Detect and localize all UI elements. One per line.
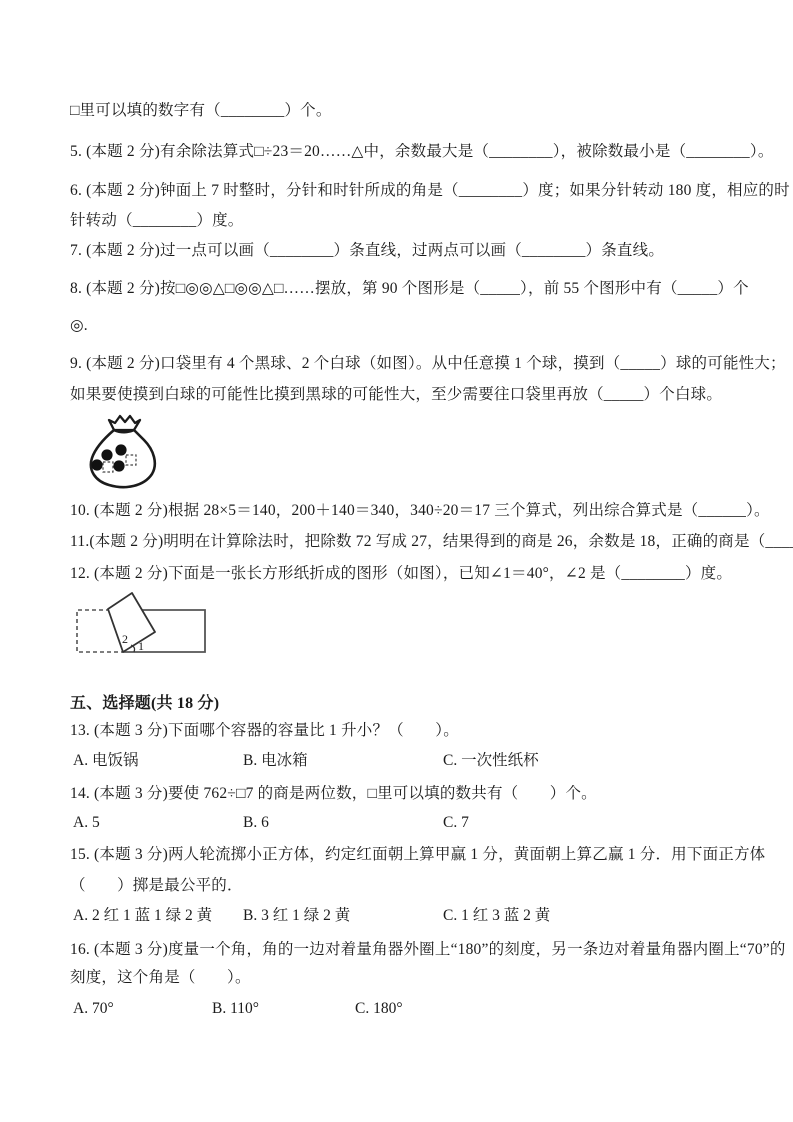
q16-option-b: B. 110° xyxy=(212,999,259,1019)
question-14: 14. (本题 3 分)要使 762÷□7 的商是两位数，□里可以填的数共有（ … xyxy=(70,784,597,804)
question-6-line-2: 针转动（________）度。 xyxy=(70,211,244,231)
white-ball xyxy=(126,455,136,465)
section-heading-choice: 五、选择题(共 18 分) xyxy=(70,694,219,714)
question-8-line-2: ◎. xyxy=(70,316,88,336)
question-13: 13. (本题 3 分)下面哪个容器的容量比 1 升小？（ ）。 xyxy=(70,721,459,741)
q14-option-c: C. 7 xyxy=(443,813,469,833)
q15-option-a: A. 2 红 1 蓝 1 绿 2 黄 xyxy=(73,906,212,926)
q15-option-c: C. 1 红 3 蓝 2 黄 xyxy=(443,906,550,926)
black-ball xyxy=(113,460,124,471)
question-6-line-1: 6. (本题 2 分)钟面上 7 时整时，分针和时针所成的角是（________… xyxy=(70,181,790,201)
bag-figure xyxy=(76,413,172,494)
q15-option-b: B. 3 红 1 绿 2 黄 xyxy=(243,906,350,926)
question-12: 12. (本题 2 分)下面是一张长方形纸折成的图形（如图），已知∠1＝40°，… xyxy=(70,564,732,584)
fold-figure: 2 1 xyxy=(70,585,210,665)
folded-rectangle-icon: 2 1 xyxy=(70,585,210,660)
question-4-tail: □里可以填的数字有（________）个。 xyxy=(70,101,332,121)
bag-tie xyxy=(109,416,140,430)
angle-1-label: 1 xyxy=(138,639,144,653)
q14-option-b: B. 6 xyxy=(243,813,269,833)
question-9-line-2: 如果要使摸到白球的可能性比摸到黑球的可能性大，至少需要往口袋里再放（_____）… xyxy=(70,385,722,405)
q13-option-c: C. 一次性纸杯 xyxy=(443,751,539,771)
question-8-line-1: 8. (本题 2 分)按□◎◎△□◎◎△□……摆放，第 90 个图形是（____… xyxy=(70,279,749,299)
money-bag-icon xyxy=(76,413,172,489)
black-ball xyxy=(91,459,102,470)
white-ball xyxy=(103,462,113,472)
question-9-line-1: 9. (本题 2 分)口袋里有 4 个黑球、2 个白球（如图）。从中任意摸 1 … xyxy=(70,354,786,374)
black-ball xyxy=(101,449,112,460)
question-16-line-2: 刻度，这个角是（ ）。 xyxy=(70,968,251,988)
question-15-line-1: 15. (本题 3 分)两人轮流掷小正方体，约定红面朝上算甲赢 1 分，黄面朝上… xyxy=(70,845,765,865)
q13-option-b: B. 电冰箱 xyxy=(243,751,308,771)
q16-option-a: A. 70° xyxy=(73,999,114,1019)
q14-option-a: A. 5 xyxy=(73,813,100,833)
question-10: 10. (本题 2 分)根据 28×5＝140，200＋140＝340，340÷… xyxy=(70,501,770,521)
folded-flap xyxy=(108,593,155,652)
q16-option-c: C. 180° xyxy=(355,999,403,1019)
question-5: 5. (本题 2 分)有余除法算式□÷23＝20……△中，余数最大是（_____… xyxy=(70,142,774,162)
q13-option-a: A. 电饭锅 xyxy=(73,751,138,771)
exam-paper-page: □里可以填的数字有（________）个。 5. (本题 2 分)有余除法算式□… xyxy=(0,0,793,1122)
question-7: 7. (本题 2 分)过一点可以画（________）条直线，过两点可以画（__… xyxy=(70,241,664,261)
question-15-line-2: （ ）掷是最公平的． xyxy=(70,876,243,896)
angle-2-label: 2 xyxy=(122,632,128,646)
question-16-line-1: 16. (本题 3 分)度量一个角，角的一边对着量角器外圈上“180”的刻度，另… xyxy=(70,940,786,960)
black-ball xyxy=(115,444,126,455)
bag-body xyxy=(91,430,155,487)
question-11: 11.(本题 2 分)明明在计算除法时，把除数 72 写成 27，结果得到的商是… xyxy=(70,532,793,552)
